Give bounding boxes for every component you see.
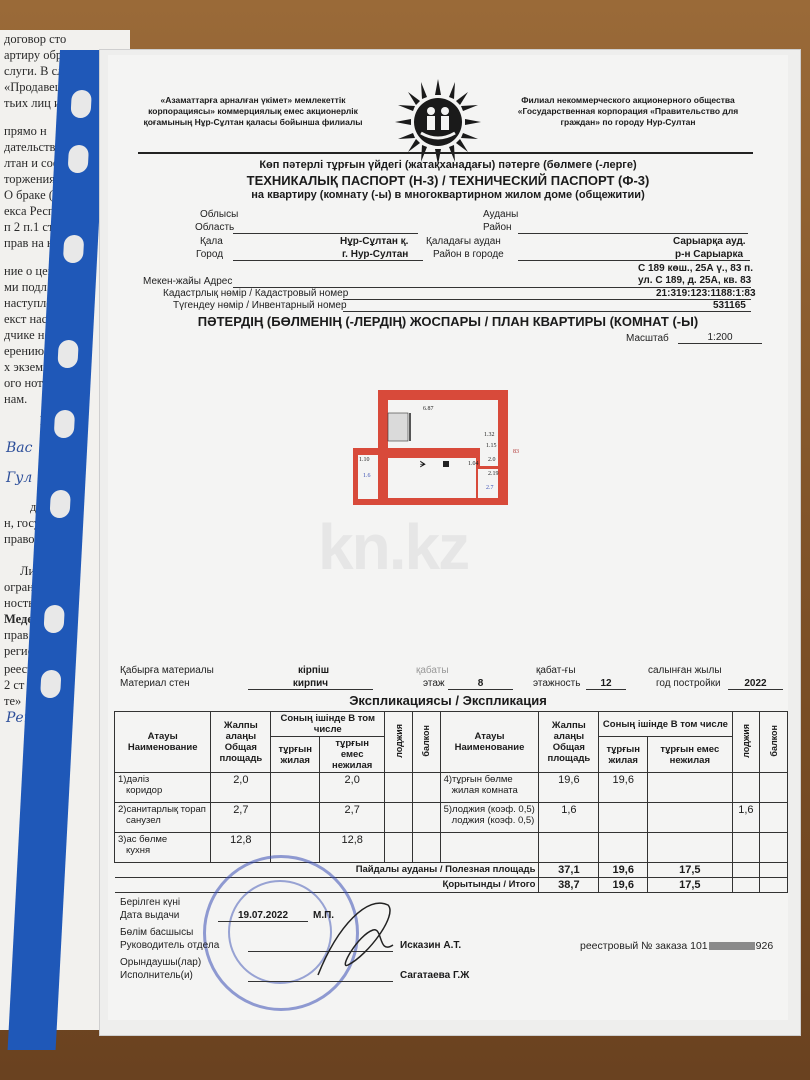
- punch-hole: [54, 410, 75, 438]
- city-label-ru: Город: [196, 249, 223, 260]
- header-right-org: Филиал некоммерческого акционерного обще…: [503, 95, 753, 128]
- kn-kz-watermark: kn.kz: [318, 510, 468, 584]
- inventory-label: Түгендеу нөмір / Инвентарный номер: [173, 300, 347, 311]
- district-label-kz: Ауданы: [483, 209, 518, 220]
- explication-table: Атауы Наименование Жалпы алаңы Общая пло…: [114, 711, 788, 893]
- col-living-2: тұрғын жилая: [599, 737, 648, 773]
- wall-material-value-ru: кирпич: [248, 678, 373, 690]
- svg-text:1.15: 1.15: [486, 443, 497, 449]
- oblast-label-kz: Облысы: [200, 209, 238, 220]
- issue-date-label-ru: Дата выдачи: [120, 910, 179, 921]
- svg-text:2.0: 2.0: [488, 457, 496, 463]
- handwritten-signature: Вас: [6, 440, 32, 456]
- col-nonliving: тұрғын емес нежилая: [320, 737, 385, 773]
- wall-material-label-kz: Қабырға материалы: [120, 665, 214, 676]
- svg-text:1.6: 1.6: [363, 473, 371, 479]
- col-balcony: балкон: [412, 712, 440, 773]
- col-including-2: Соның ішінде В том числе: [599, 712, 732, 737]
- contract-text-line: нам.: [4, 392, 27, 407]
- city-underline: [233, 260, 423, 261]
- city-district-label-kz: Қаладағы аудан: [426, 236, 501, 247]
- doc-title-main: ТЕХНИКАЛЫҚ ПАСПОРТ (Н-3) / ТЕХНИЧЕСКИЙ П…: [108, 173, 788, 188]
- table-row: 3)ас бөлмекухня 12,8 12,8: [115, 833, 788, 863]
- contract-text-line: артиру обре: [4, 48, 68, 63]
- punch-hole: [70, 90, 91, 118]
- col-nonliving-2: тұрғын емес нежилая: [648, 737, 732, 773]
- city-value-kz: Нұр-Сұлтан қ.: [340, 236, 408, 247]
- executor-label-ru: Исполнитель(и): [120, 970, 193, 981]
- city-district-value-ru: р-н Сарыарка: [675, 249, 743, 260]
- punch-hole: [40, 670, 61, 698]
- floors-count-label-ru: этажность: [533, 678, 580, 689]
- header-divider: [138, 152, 753, 154]
- scale-value: 1:200: [678, 332, 762, 344]
- head-label-ru: Руководитель отдела: [120, 940, 219, 951]
- contract-text-line: огран: [4, 580, 34, 595]
- svg-text:2.19: 2.19: [488, 471, 499, 477]
- svg-text:ᗒ: ᗒ: [420, 460, 426, 469]
- svg-text:2.7: 2.7: [486, 485, 494, 491]
- dim-label: 6.87: [423, 406, 434, 412]
- punch-hole: [68, 145, 89, 173]
- district-label-ru: Район: [483, 222, 512, 233]
- contract-text-line: ми подл: [4, 280, 47, 295]
- plan-title: ПӘТЕРДІҢ (БӨЛМЕНІҢ (-ЛЕРДІҢ) ЖОСПАРЫ / П…: [108, 314, 788, 329]
- scale-label: Масштаб: [626, 333, 669, 344]
- build-year-label-kz: салынған жылы: [648, 665, 722, 676]
- contract-text-line: ность: [4, 596, 34, 611]
- contract-text-line: п 2 п.1 ст: [4, 220, 53, 235]
- punch-hole: [49, 490, 70, 518]
- oblast-label-ru: Область: [195, 222, 234, 233]
- useful-area-row: Пайдалы ауданы / Полезная площадь 37,1 1…: [115, 863, 788, 878]
- executor-name: Сагатаева Г.Ж: [400, 970, 469, 981]
- floors-count-label-kz: қабат-ғы: [536, 665, 576, 676]
- head-label-kz: Бөлім басшысы: [120, 927, 193, 938]
- inventory-value: 531165: [713, 300, 746, 311]
- contract-text-line: ого нот: [4, 376, 43, 391]
- contract-text-line: екса Респ: [4, 204, 55, 219]
- apartment-floor-plan: 6.87 1.32 1.15 2.0 2.19 1.04 2.7 1.10 1.…: [348, 385, 528, 510]
- address-label: Мекен-жайы Адрес: [143, 276, 232, 287]
- address-value-kz: С 189 көш., 25А ү., 83 п.: [638, 263, 753, 274]
- district-value: [518, 233, 748, 234]
- technical-passport-document: «Азаматтарға арналған үкімет» мемлекетті…: [108, 55, 788, 1020]
- address-value-ru: ул. С 189, д. 25А, кв. 83: [638, 275, 751, 286]
- punch-hole: [43, 605, 64, 633]
- city-label-kz: Қала: [200, 236, 223, 247]
- handwritten-signature: Гул: [6, 470, 32, 486]
- doc-title-ru: на квартиру (комнату (-ы) в многоквартир…: [108, 189, 788, 201]
- inventory-underline: [343, 311, 751, 312]
- col-balcony-2: балкон: [760, 712, 788, 773]
- redacted-block: [709, 942, 755, 950]
- col-loggia-2: лоджия: [732, 712, 760, 773]
- contract-text-line: прав на н: [4, 236, 54, 251]
- issue-date-label-kz: Берілген күні: [120, 897, 180, 908]
- build-year-label-ru: год постройки: [656, 678, 721, 689]
- svg-text:1.10: 1.10: [359, 457, 370, 463]
- svg-text:1.04: 1.04: [468, 461, 479, 467]
- col-including: Соның ішінде В том числе: [271, 712, 385, 737]
- handwritten-signature: [298, 885, 408, 995]
- floor-label-ru: этаж: [423, 678, 445, 689]
- contract-text-line: О браке (с: [4, 188, 58, 203]
- contract-text-line: договор сто: [4, 32, 66, 47]
- wall-material-value-kz: кірпіш: [298, 665, 329, 676]
- cadastral-underline: [343, 299, 751, 300]
- order-number-label: реестровый № заказа 101926: [580, 940, 773, 952]
- col-name: Атауы Наименование: [115, 712, 211, 773]
- floor-label-kz: қабаты: [416, 665, 449, 676]
- city-district-underline: [518, 260, 750, 261]
- col-living: тұрғын жилая: [271, 737, 320, 773]
- contract-text-line: дательство: [4, 140, 62, 155]
- contract-text-line: те»: [4, 694, 21, 709]
- city-value-ru: г. Нур-Султан: [342, 249, 408, 260]
- svg-text:83: 83: [513, 449, 519, 455]
- table-row: 2)санитарлық торапсанузел 2,7 2,7 5)лодж…: [115, 803, 788, 833]
- build-year-value: 2022: [728, 678, 783, 690]
- city-district-value-kz: Сарыарқа ауд.: [673, 236, 746, 247]
- header-left-org: «Азаматтарға арналған үкімет» мемлекетті…: [138, 95, 368, 128]
- floors-count-value: 12: [586, 678, 626, 690]
- contract-text-line: дчике не: [4, 328, 50, 343]
- contract-text-line: ние о цен: [4, 264, 54, 279]
- col-name-2: Атауы Наименование: [440, 712, 539, 773]
- cadastral-value: 21:319:123:1188:1:83: [656, 288, 756, 299]
- city-district-label-ru: Район в городе: [433, 249, 504, 260]
- contract-text-line: прямо н: [4, 124, 47, 139]
- contract-text-line: прав: [4, 628, 28, 643]
- svg-text:1.32: 1.32: [484, 432, 495, 438]
- executor-label-kz: Орындаушы(лар): [120, 957, 201, 968]
- explication-title: Экспликациясы / Экспликация: [108, 693, 788, 708]
- doc-title-kz: Көп пәтерлі тұрғын үйдегі (жатақханадағы…: [108, 159, 788, 171]
- table-row: 1)дәлізкоридор 2,0 2,0 4)тұрғын бөлмежил…: [115, 773, 788, 803]
- col-total: Жалпы алаңы Общая площадь: [211, 712, 271, 773]
- contract-text-line: 2 ст: [4, 678, 24, 693]
- floor-value: 8: [448, 678, 513, 690]
- punch-hole: [63, 235, 84, 263]
- wall-material-label-ru: Материал стен: [120, 678, 190, 689]
- col-loggia: лоджия: [385, 712, 413, 773]
- head-name: Исказин А.Т.: [400, 940, 461, 951]
- issue-date-value: 19.07.2022: [218, 910, 308, 922]
- cadastral-label: Кадастрлық нөмір / Кадастровый номер: [163, 288, 348, 299]
- punch-hole: [57, 340, 78, 368]
- col-total-2: Жалпы алаңы Общая площадь: [539, 712, 599, 773]
- oblast-value: [233, 233, 418, 234]
